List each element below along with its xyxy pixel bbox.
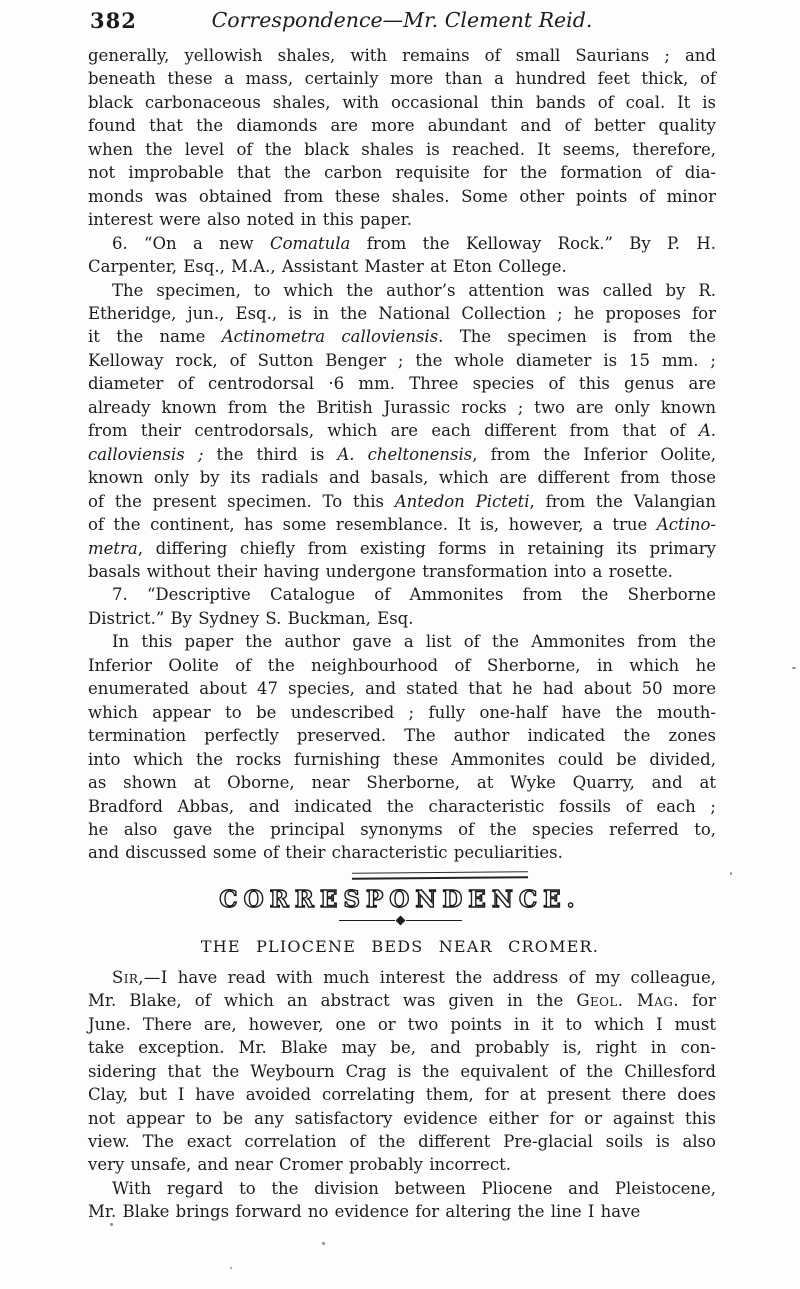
small-caps-text: Sir,—	[112, 968, 161, 987]
paragraph: The specimen, to which the author’s atte…	[88, 279, 716, 584]
italic-text: calloviensis ;	[88, 445, 203, 464]
text-line: very unsafe, and near Cromer probably in…	[88, 1153, 716, 1176]
scan-speck	[730, 872, 732, 875]
text-line: Mr. Blake, of which an abstract was give…	[88, 989, 716, 1012]
text-line: black carbonaceous shales, with occasion…	[88, 91, 716, 114]
text-line: With regard to the division between Plio…	[88, 1177, 716, 1200]
italic-text: A.	[699, 421, 716, 440]
paragraph: generally, yellowish shales, with remain…	[88, 44, 716, 232]
text-line: it the name Actinometra calloviensis. Th…	[88, 325, 716, 348]
paragraph: Sir,—I have read with much interest the …	[88, 966, 716, 1177]
text-line: of the continent, has some resemblance. …	[88, 513, 716, 536]
text-line: Bradford Abbas, and indicated the charac…	[88, 795, 716, 818]
text-line: view. The exact correlation of the diffe…	[88, 1130, 716, 1153]
running-title: Correspondence—Mr. Clement Reid.	[88, 8, 716, 32]
section-divider-rule	[352, 871, 528, 880]
text-line: The specimen, to which the author’s atte…	[88, 279, 716, 302]
text-line: monds was obtained from these shales. So…	[88, 185, 716, 208]
text-line: generally, yellowish shales, with remain…	[88, 44, 716, 67]
letter-body: Sir,—I have read with much interest the …	[88, 966, 716, 1224]
italic-text: metra	[88, 539, 138, 558]
text-line: found that the diamonds are more abundan…	[88, 114, 716, 137]
text-line: he also gave the principal synonyms of t…	[88, 818, 716, 841]
text-line: beneath these a mass, certainly more tha…	[88, 67, 716, 90]
text-line: Carpenter, Esq., M.A., Assistant Master …	[88, 255, 716, 278]
diamond-icon	[395, 916, 405, 926]
text-line: Kelloway rock, of Sutton Benger ; the wh…	[88, 349, 716, 372]
text-line: take exception. Mr. Blake may be, and pr…	[88, 1036, 716, 1059]
italic-text: Actinometra calloviensis	[222, 327, 438, 346]
text-line: June. There are, however, one or two poi…	[88, 1013, 716, 1036]
text-line: which appear to be undescribed ; fully o…	[88, 701, 716, 724]
text-line: In this paper the author gave a list of …	[88, 630, 716, 653]
text-line: sidering that the Weybourn Crag is the e…	[88, 1060, 716, 1083]
text-line: Mr. Blake brings forward no evidence for…	[88, 1200, 716, 1223]
small-caps-text: Geol. Mag.	[576, 991, 679, 1010]
paragraph: 7. “Descriptive Catalogue of Ammonites f…	[88, 583, 716, 630]
text-line: enumerated about 47 species, and stated …	[88, 677, 716, 700]
italic-text: Antedon Picteti	[395, 492, 530, 511]
italic-text: A. cheltonensis	[337, 445, 472, 464]
text-line: 6. “On a new Comatula from the Kelloway …	[88, 232, 716, 255]
text-line: already known from the British Jurassic …	[88, 396, 716, 419]
text-line: interest were also noted in this paper.	[88, 208, 716, 231]
text-line: known only by its radials and basals, wh…	[88, 466, 716, 489]
letter-subject-heading: THE PLIOCENE BEDS NEAR CROMER.	[0, 937, 800, 956]
text-line: Inferior Oolite of the neighbourhood of …	[88, 654, 716, 677]
paragraph: With regard to the division between Plio…	[88, 1177, 716, 1224]
text-line: and discussed some of their characterist…	[88, 841, 716, 864]
text-line: termination perfectly preserved. The aut…	[88, 724, 716, 747]
rule-line-left	[339, 920, 395, 921]
text-line: when the level of the black shales is re…	[88, 138, 716, 161]
text-line: Sir,—I have read with much interest the …	[88, 966, 716, 989]
paragraph: 6. “On a new Comatula from the Kelloway …	[88, 232, 716, 279]
text-line: not improbable that the carbon requisite…	[88, 161, 716, 184]
text-line: Etheridge, jun., Esq., is in the Nationa…	[88, 302, 716, 325]
text-line: calloviensis ; the third is A. cheltonen…	[88, 443, 716, 466]
scan-speck	[110, 1223, 113, 1226]
text-line: diameter of centrodorsal ·6 mm. Three sp…	[88, 372, 716, 395]
scan-speck	[322, 1242, 325, 1245]
italic-text: Comatula	[270, 234, 350, 253]
scan-speck	[230, 1267, 232, 1269]
section-heading: CORRESPONDENCE.	[0, 886, 800, 913]
article-body: generally, yellowish shales, with remain…	[88, 44, 716, 865]
text-line: as shown at Oborne, near Sherborne, at W…	[88, 771, 716, 794]
text-line: into which the rocks furnishing these Am…	[88, 748, 716, 771]
rule-line-right	[406, 920, 462, 921]
text-line: of the present specimen. To this Antedon…	[88, 490, 716, 513]
text-line: District.” By Sydney S. Buckman, Esq.	[88, 607, 716, 630]
text-line: not appear to be any satisfactory eviden…	[88, 1107, 716, 1130]
text-line: from their centrodorsals, which are each…	[88, 419, 716, 442]
text-line: Clay, but I have avoided correlating the…	[88, 1083, 716, 1106]
text-line: metra, differing chiefly from existing f…	[88, 537, 716, 560]
page-header: 382 Correspondence—Mr. Clement Reid.	[88, 8, 716, 38]
journal-page: 382 Correspondence—Mr. Clement Reid. gen…	[0, 0, 800, 1289]
scan-speck	[792, 667, 796, 669]
italic-text: Actino-	[657, 515, 716, 534]
diamond-rule	[0, 916, 800, 926]
paragraph: In this paper the author gave a list of …	[88, 630, 716, 865]
text-line: 7. “Descriptive Catalogue of Ammonites f…	[88, 583, 716, 606]
text-line: basals without their having undergone tr…	[88, 560, 716, 583]
